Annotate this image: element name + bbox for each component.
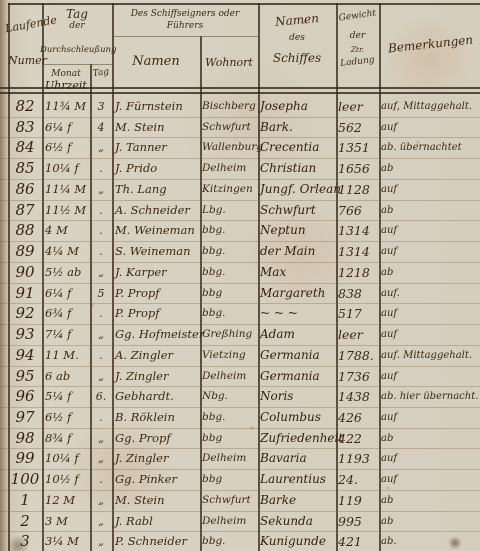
table-row: 98 8¾ f „ Gg. Propf bbg Zufriedenheit 42… xyxy=(0,429,480,450)
cell-time: 4 M xyxy=(45,221,89,241)
header-date-line3: Durchschleußung xyxy=(40,46,114,55)
cell-ship-name: Christian xyxy=(260,159,334,179)
header-remarks-title: Bemerkungen xyxy=(381,33,480,55)
cell-ship-name: der Main xyxy=(260,242,334,262)
cell-remark: ab. hier übernacht. xyxy=(381,387,479,407)
cell-owner-home: Delheim xyxy=(202,449,257,469)
cell-owner-home: bbg. xyxy=(202,221,257,241)
cell-owner-name: M. Weineman xyxy=(115,221,199,241)
cell-time: 6 ab xyxy=(45,367,89,387)
cell-number: 92 xyxy=(8,304,42,324)
cell-number: 84 xyxy=(8,138,42,158)
table-row: 92 6¾ f . P. Propf bbg. ~ ~ ~ 517 auf xyxy=(0,304,480,325)
cell-load-weight: 1438 xyxy=(338,387,377,407)
cell-owner-name: Gg. Propf xyxy=(115,429,199,449)
header-owner-sub-home: Wohnort xyxy=(200,57,258,68)
cell-owner-name: A. Schneider xyxy=(115,201,199,221)
header-ship-line1: Namen xyxy=(258,11,337,30)
cell-number: 99 xyxy=(8,449,42,469)
cell-ship-name: Columbus xyxy=(260,408,334,428)
cell-day: „ xyxy=(91,491,111,511)
table-row: 99 10¼ f „ J. Zingler Delheim Bavaria 11… xyxy=(0,449,480,470)
cell-owner-name: P. Propf xyxy=(115,304,199,324)
cell-owner-name: J. Zingler xyxy=(115,367,199,387)
cell-load-weight: 1736 xyxy=(338,367,377,387)
cell-owner-name: B. Röklein xyxy=(115,408,199,428)
cell-owner-home: Bischberg xyxy=(202,97,257,117)
table-row: 3 3¼ M „ P. Schneider bbg. Kunigunde 421… xyxy=(0,532,480,551)
header-weight-line4: Ladung xyxy=(334,56,382,70)
cell-remark: auf. xyxy=(381,284,479,304)
cell-load-weight: 1351 xyxy=(338,138,377,158)
cell-load-weight: 838 xyxy=(338,284,377,304)
table-row: 94 11 M. . A. Zingler Vietzing Germania … xyxy=(0,346,480,367)
header-owner-line1: Des Schiffseigners oder xyxy=(114,10,256,19)
cell-owner-name: J. Prido xyxy=(115,159,199,179)
cell-time: 11½ M xyxy=(45,201,89,221)
cell-time: 6½ f xyxy=(45,138,89,158)
table-row: 91 6¼ f 5 P. Propf bbg Margareth 838 auf… xyxy=(0,284,480,305)
cell-ship-name: Barke xyxy=(260,491,334,511)
cell-owner-home: bbg. xyxy=(202,304,257,324)
cell-owner-home: Nbg. xyxy=(202,387,257,407)
cell-time: 6¾ f xyxy=(45,304,89,324)
cell-remark: ab. xyxy=(381,532,479,551)
cell-time: 10¼ f xyxy=(45,159,89,179)
cell-time: 5¼ f xyxy=(45,387,89,407)
cell-time: 6¼ f xyxy=(45,118,89,138)
cell-number: 93 xyxy=(8,325,42,345)
cell-remark: auf, Mittaggehalt. xyxy=(381,97,479,117)
cell-load-weight: 1788. xyxy=(338,346,377,366)
cell-ship-name: Neptun xyxy=(260,221,334,241)
cell-day: . xyxy=(91,470,111,490)
cell-time: 10½ f xyxy=(45,470,89,490)
table-row: 97 6½ f . B. Röklein bbg. Columbus 426 a… xyxy=(0,408,480,429)
table-row: 93 7¼ f „ Gg. Hofmeister Greßhing Adam l… xyxy=(0,325,480,346)
cell-ship-name: Schwfurt xyxy=(260,201,334,221)
table-row: 88 4 M . M. Weineman bbg. Neptun 1314 au… xyxy=(0,221,480,242)
cell-load-weight: 426 xyxy=(338,408,377,428)
table-row: 2 3 M „ J. Rabl Delheim Sekunda 995 ab xyxy=(0,512,480,533)
header-weight-line1: Gewicht xyxy=(336,9,380,24)
cell-owner-name: Gg. Pinker xyxy=(115,470,199,490)
table-row: 84 6½ f „ J. Tanner Wallenburg Crecentia… xyxy=(0,138,480,159)
cell-day: . xyxy=(91,242,111,262)
cell-day: 3 xyxy=(91,97,111,117)
table-row: 82 11¾ M 3 J. Fürnstein Bischberg Joseph… xyxy=(0,97,480,118)
ledger-rows: 82 11¾ M 3 J. Fürnstein Bischberg Joseph… xyxy=(0,97,480,551)
cell-ship-name: Adam xyxy=(260,325,334,345)
header-date-sub-month: Monat xyxy=(44,70,88,79)
cell-remark: auf xyxy=(381,449,479,469)
cell-owner-name: A. Zingler xyxy=(115,346,199,366)
header-number-line2: Numer xyxy=(8,55,42,66)
cell-number: 97 xyxy=(8,408,42,428)
grid-line-horizontal xyxy=(42,64,112,65)
cell-remark: ab xyxy=(381,159,479,179)
cell-number: 86 xyxy=(8,180,42,200)
cell-day: . xyxy=(91,159,111,179)
cell-number: 100 xyxy=(8,470,42,490)
cell-day: 5 xyxy=(91,284,111,304)
cell-owner-name: J. Zingler xyxy=(115,449,199,469)
cell-owner-home: Delheim xyxy=(202,367,257,387)
cell-load-weight: 766 xyxy=(338,201,377,221)
grid-line-horizontal xyxy=(112,36,258,37)
cell-ship-name: Noris xyxy=(260,387,334,407)
cell-remark: ab xyxy=(381,512,479,532)
cell-number: 98 xyxy=(8,429,42,449)
cell-number: 85 xyxy=(8,159,42,179)
cell-number: 91 xyxy=(8,284,42,304)
cell-load-weight: 422 xyxy=(338,429,377,449)
cell-ship-name: Jungf. Orlean xyxy=(260,180,334,200)
cell-owner-name: S. Weineman xyxy=(115,242,199,262)
cell-owner-home: Delheim xyxy=(202,159,257,179)
cell-number: 87 xyxy=(8,201,42,221)
cell-owner-home: Kitzingen xyxy=(202,180,257,200)
cell-day: „ xyxy=(91,512,111,532)
cell-day: „ xyxy=(91,449,111,469)
cell-remark: ab xyxy=(381,429,479,449)
cell-remark: ab xyxy=(381,491,479,511)
cell-ship-name: Germania xyxy=(260,346,334,366)
cell-remark: auf. Mittaggehalt. xyxy=(381,346,479,366)
cell-number: 95 xyxy=(8,367,42,387)
cell-day: „ xyxy=(91,532,111,551)
cell-remark: auf xyxy=(381,325,479,345)
cell-owner-name: Th. Lang xyxy=(115,180,199,200)
cell-day: 6. xyxy=(91,387,111,407)
table-row: 89 4¼ M . S. Weineman bbg. der Main 1314… xyxy=(0,242,480,263)
header-weight-line3: Ztr. xyxy=(336,46,379,54)
cell-time: 10¼ f xyxy=(45,449,89,469)
header-date-sub-day: Tag xyxy=(89,68,112,80)
cell-number: 89 xyxy=(8,242,42,262)
ledger-page: Laufende Numer Tag der Durchschleußung M… xyxy=(0,0,480,551)
cell-remark: auf xyxy=(381,304,479,324)
header-ship-line3: Schiffes xyxy=(258,52,336,64)
table-row: 86 11¼ M „ Th. Lang Kitzingen Jungf. Orl… xyxy=(0,180,480,201)
cell-load-weight: 562 xyxy=(338,118,377,138)
cell-remark: auf xyxy=(381,180,479,200)
cell-day: „ xyxy=(91,180,111,200)
cell-time: 4¼ M xyxy=(45,242,89,262)
header-date-handwritten-time: Uhrzeit xyxy=(45,80,95,91)
cell-time: 6¼ f xyxy=(45,284,89,304)
cell-ship-name: Margareth xyxy=(260,284,334,304)
table-row: 100 10½ f . Gg. Pinker bbg Laurentius 24… xyxy=(0,470,480,491)
cell-remark: ab. übernachtet xyxy=(381,138,479,158)
table-row: 95 6 ab „ J. Zingler Delheim Germania 17… xyxy=(0,367,480,388)
cell-load-weight: 1314 xyxy=(338,221,377,241)
cell-number: 88 xyxy=(8,221,42,241)
cell-load-weight: 517 xyxy=(338,304,377,324)
cell-ship-name: ~ ~ ~ xyxy=(260,304,334,324)
cell-load-weight: 1193 xyxy=(338,449,377,469)
cell-owner-name: J. Tanner xyxy=(115,138,199,158)
cell-load-weight: 1218 xyxy=(338,263,377,283)
cell-number: 82 xyxy=(8,97,42,117)
cell-remark: auf xyxy=(381,242,479,262)
cell-load-weight: 119 xyxy=(338,491,377,511)
cell-ship-name: Laurentius xyxy=(260,470,334,490)
cell-owner-home: Greßhing xyxy=(202,325,257,345)
cell-owner-home: Wallenburg xyxy=(202,138,257,158)
cell-day: . xyxy=(91,201,111,221)
cell-load-weight: 24. xyxy=(338,470,377,490)
cell-owner-home: Vietzing xyxy=(202,346,257,366)
cell-ship-name: Sekunda xyxy=(260,512,334,532)
cell-load-weight: leer xyxy=(338,97,377,117)
header-owner-line2: Führers xyxy=(114,22,256,31)
cell-remark: auf xyxy=(381,408,479,428)
cell-number: 83 xyxy=(8,118,42,138)
cell-day: . xyxy=(91,346,111,366)
table-row: 90 5½ ab „ J. Karper bbg. Max 1218 ab xyxy=(0,263,480,284)
table-row: 1 12 M „ M. Stein Schwfurt Barke 119 ab xyxy=(0,491,480,512)
cell-day: . xyxy=(91,408,111,428)
cell-time: 7¼ f xyxy=(45,325,89,345)
cell-ship-name: Bavaria xyxy=(260,449,334,469)
cell-owner-home: bbg. xyxy=(202,242,257,262)
cell-owner-home: bbg xyxy=(202,284,257,304)
header-date-line2: der xyxy=(42,22,112,31)
cell-number: 90 xyxy=(8,263,42,283)
cell-ship-name: Crecentia xyxy=(260,138,334,158)
cell-remark: auf xyxy=(381,470,479,490)
header-number-line1: Laufende xyxy=(4,17,43,34)
cell-load-weight: leer xyxy=(338,325,377,345)
cell-number: 2 xyxy=(8,512,42,532)
cell-owner-home: bbg. xyxy=(202,532,257,551)
cell-ship-name: Kunigunde xyxy=(260,532,334,551)
cell-number: 96 xyxy=(8,387,42,407)
table-row: 83 6¼ f 4 M. Stein Schwfurt Bark. 562 au… xyxy=(0,118,480,139)
cell-number: 1 xyxy=(8,491,42,511)
cell-day: „ xyxy=(91,367,111,387)
cell-remark: auf xyxy=(381,367,479,387)
cell-day: „ xyxy=(91,429,111,449)
cell-ship-name: Josepha xyxy=(260,97,334,117)
cell-time: 3¼ M xyxy=(45,532,89,551)
header-date-line1: Tag xyxy=(42,8,112,20)
header-double-rule-bottom xyxy=(0,92,480,94)
table-row: 96 5¼ f 6. Gebhardt. Nbg. Noris 1438 ab.… xyxy=(0,387,480,408)
cell-time: 11¼ M xyxy=(45,180,89,200)
cell-remark: auf xyxy=(381,221,479,241)
cell-load-weight: 1128 xyxy=(338,180,377,200)
cell-owner-name: J. Fürnstein xyxy=(115,97,199,117)
cell-ship-name: Zufriedenheit xyxy=(260,429,334,449)
cell-time: 5½ ab xyxy=(45,263,89,283)
cell-owner-home: Schwfurt xyxy=(202,491,257,511)
cell-time: 11 M. xyxy=(45,346,89,366)
cell-number: 94 xyxy=(8,346,42,366)
table-row: 87 11½ M . A. Schneider Lbg. Schwfurt 76… xyxy=(0,201,480,222)
cell-owner-home: bbg. xyxy=(202,263,257,283)
cell-owner-name: J. Karper xyxy=(115,263,199,283)
cell-time: 3 M xyxy=(45,512,89,532)
cell-owner-name: Gg. Hofmeister xyxy=(115,325,199,345)
cell-time: 12 M xyxy=(45,491,89,511)
grid-line-horizontal xyxy=(8,3,480,5)
cell-number: 3 xyxy=(8,532,42,551)
cell-owner-home: bbg xyxy=(202,429,257,449)
cell-owner-home: bbg xyxy=(202,470,257,490)
cell-day: . xyxy=(91,304,111,324)
cell-owner-home: Delheim xyxy=(202,512,257,532)
cell-owner-home: bbg. xyxy=(202,408,257,428)
cell-ship-name: Bark. xyxy=(260,118,334,138)
cell-day: „ xyxy=(91,263,111,283)
header-owner-sub-name: Namen xyxy=(112,55,200,68)
cell-remark: ab xyxy=(381,201,479,221)
table-row: 85 10¼ f . J. Prido Delheim Christian 16… xyxy=(0,159,480,180)
cell-load-weight: 421 xyxy=(338,532,377,551)
cell-load-weight: 995 xyxy=(338,512,377,532)
cell-owner-home: Schwfurt xyxy=(202,118,257,138)
cell-remark: ab xyxy=(381,263,479,283)
cell-day: 4 xyxy=(91,118,111,138)
cell-day: „ xyxy=(91,138,111,158)
cell-owner-name: P. Propf xyxy=(115,284,199,304)
header-weight-line2: der xyxy=(336,32,379,41)
cell-day: . xyxy=(91,221,111,241)
cell-time: 8¾ f xyxy=(45,429,89,449)
cell-time: 11¾ M xyxy=(45,97,89,117)
cell-owner-name: P. Schneider xyxy=(115,532,199,551)
cell-owner-home: Lbg. xyxy=(202,201,257,221)
cell-owner-name: M. Stein xyxy=(115,118,199,138)
cell-remark: auf xyxy=(381,118,479,138)
cell-time: 6½ f xyxy=(45,408,89,428)
cell-owner-name: J. Rabl xyxy=(115,512,199,532)
header-ship-line2: des xyxy=(258,34,336,43)
cell-load-weight: 1314 xyxy=(338,242,377,262)
cell-ship-name: Germania xyxy=(260,367,334,387)
cell-load-weight: 1656 xyxy=(338,159,377,179)
cell-owner-name: M. Stein xyxy=(115,491,199,511)
cell-owner-name: Gebhardt. xyxy=(115,387,199,407)
cell-ship-name: Max xyxy=(260,263,334,283)
cell-day: „ xyxy=(91,325,111,345)
